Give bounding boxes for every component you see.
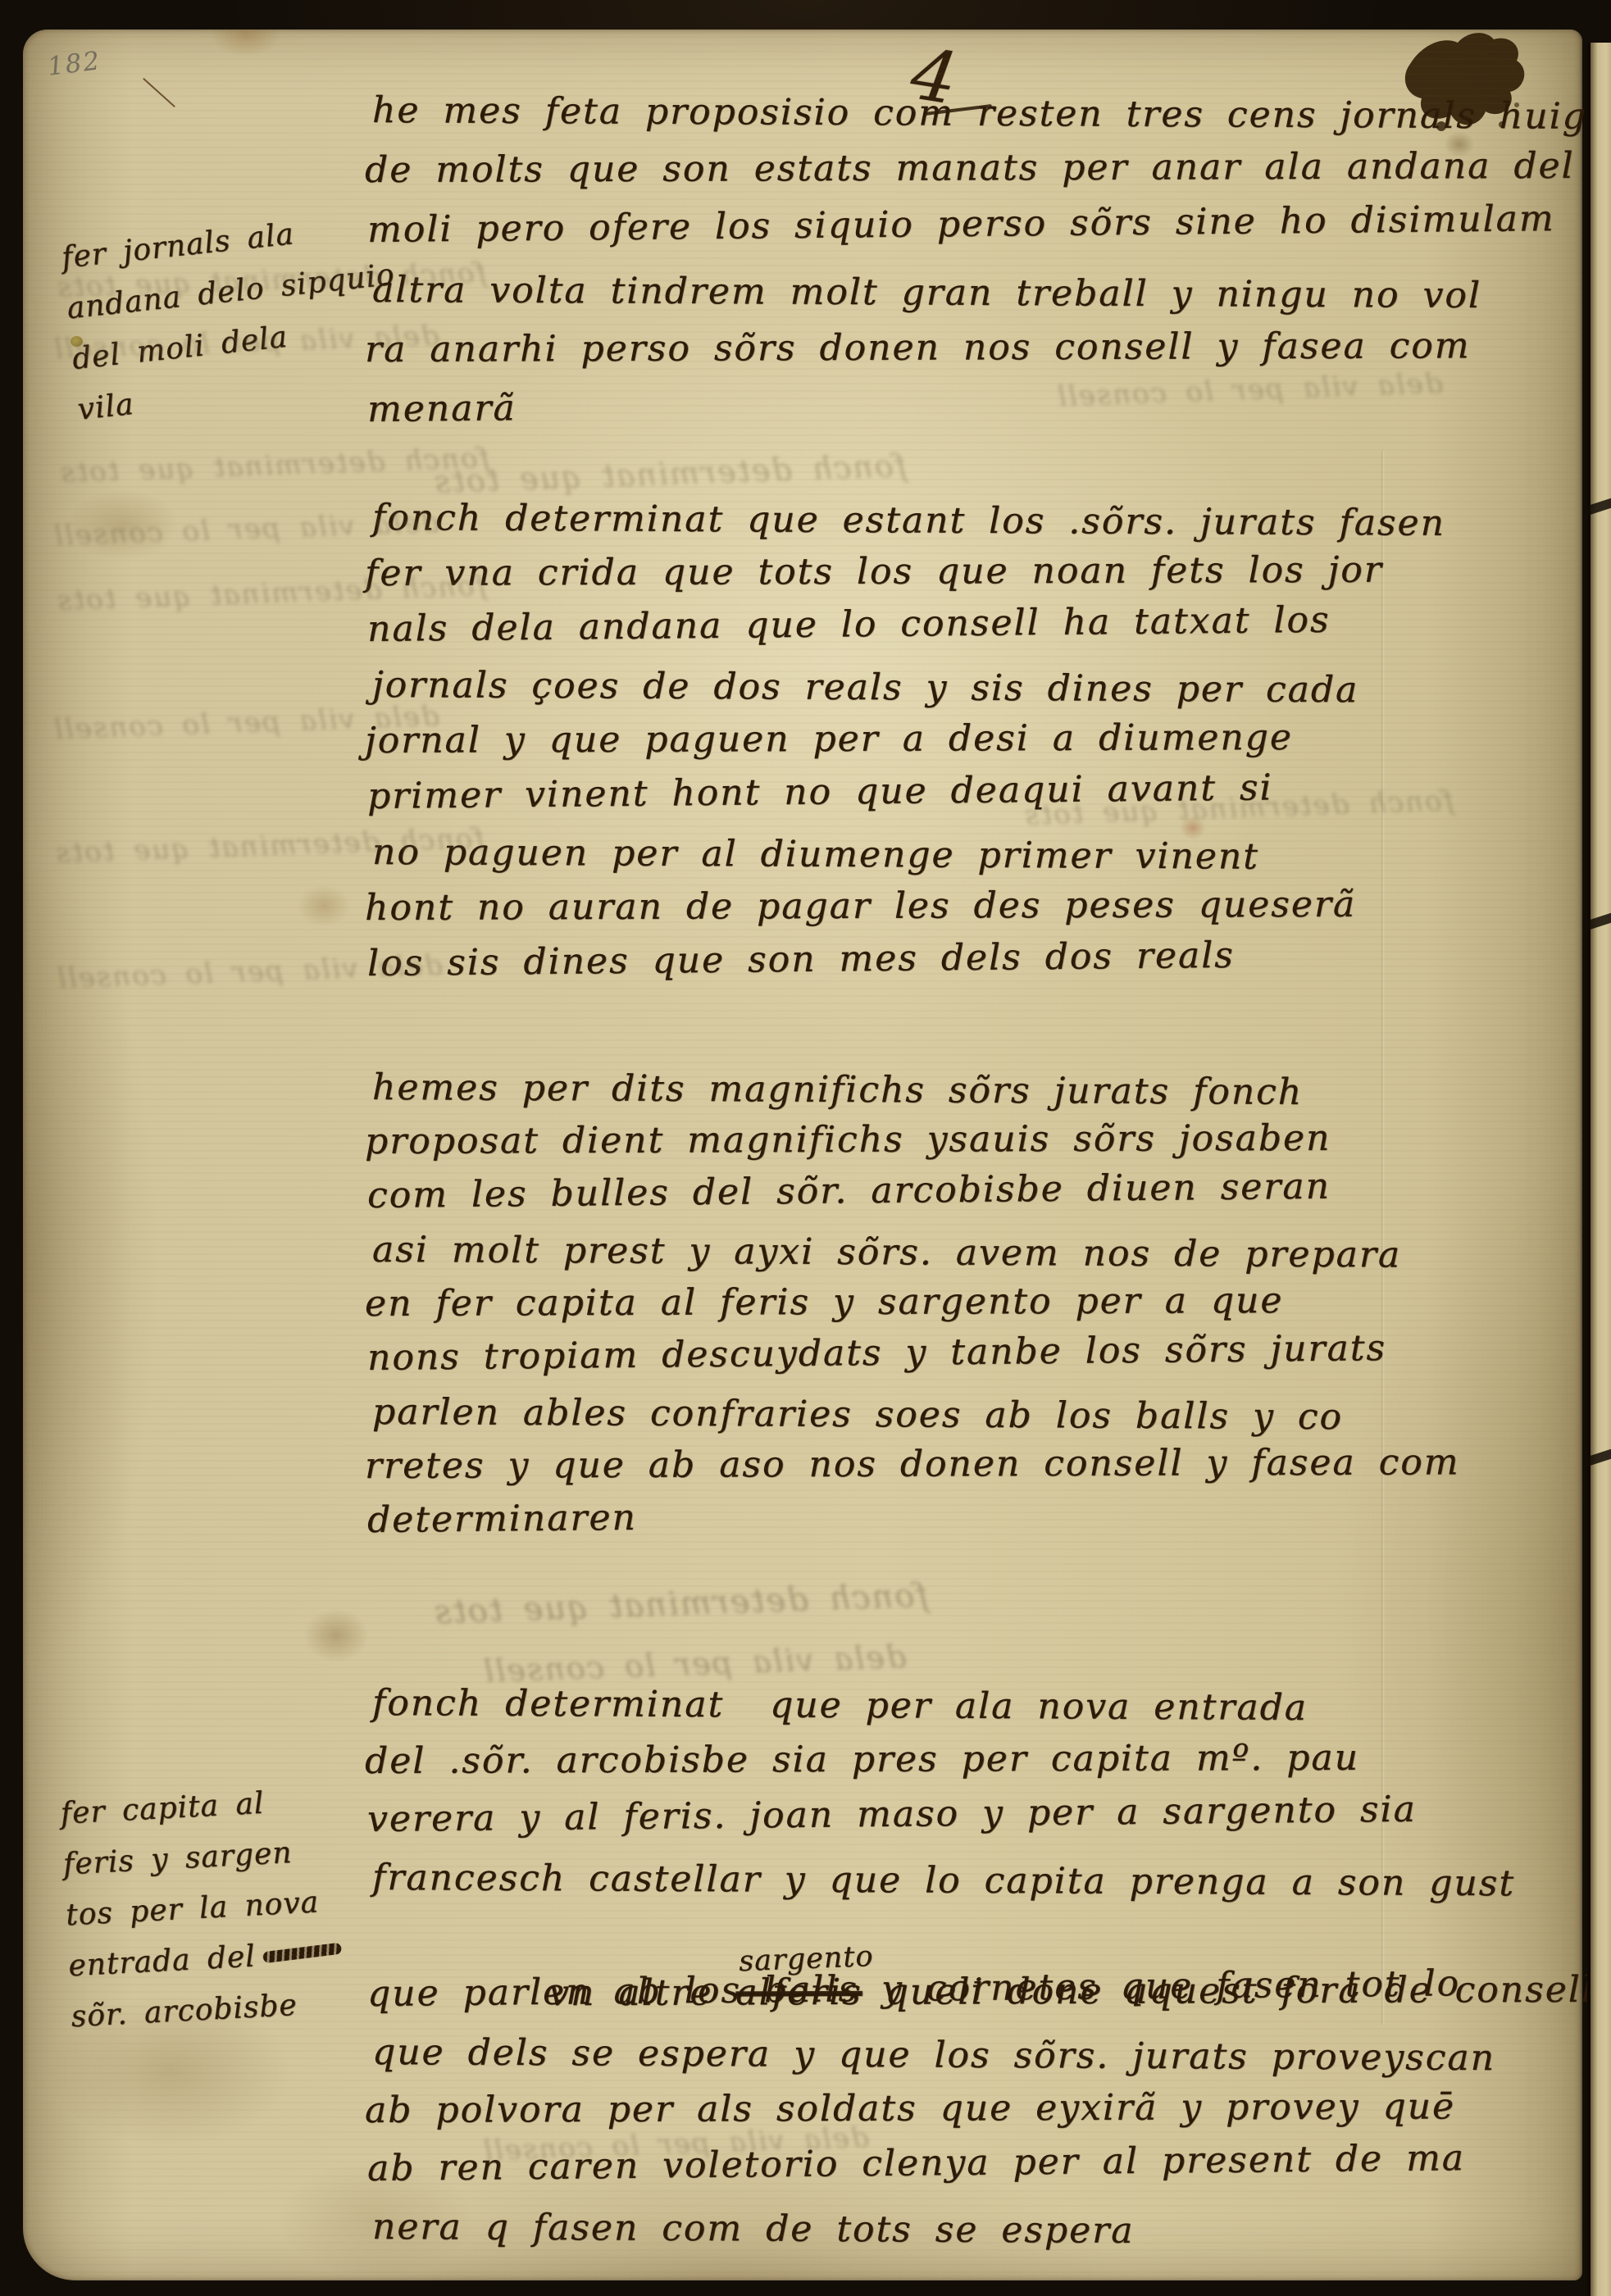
stray-pen-stroke (143, 78, 175, 107)
paragraph-proposal-arcobisbe: hemes per dits magnifichs sõrs jurats fo… (367, 1061, 1589, 1548)
scribbled-out-word (263, 1943, 343, 1964)
paragraph-resolution-crida: fonch determinat que estant los .sõrs. j… (367, 490, 1589, 992)
page-edge-seam (1587, 498, 1611, 516)
manuscript-line: nals dela andana que lo consell ha tatxa… (367, 590, 1590, 657)
margin-note-capita: fer capita al feris y sargen tos per la … (59, 1772, 400, 2044)
page-edge-seam (1587, 1448, 1611, 1466)
manuscript-line: que parlen ab los balls y cornetes que f… (367, 1953, 1590, 2023)
manuscript-scan: 182 4 fer jornals ala andana delo sipqui… (0, 0, 1611, 2296)
bleedthrough-text: fonch determinat que tots (58, 442, 489, 489)
page-edge-seam (1587, 912, 1611, 930)
manuscript-page: 182 4 fer jornals ala andana delo sipqui… (23, 30, 1582, 2280)
manuscript-line: moli pero ofere los siquio perso sõrs si… (367, 189, 1590, 260)
manuscript-line: determinaren (367, 1482, 1590, 1548)
next-page-edge (1587, 43, 1611, 2296)
manuscript-line: com les bulles del sõr. arcobisbe diuen … (367, 1157, 1590, 1223)
manuscript-line: los sis dines que son mes dels dos reals (367, 925, 1590, 992)
paragraph-resolution-capita: fonch determinat que per ala nova entrad… (367, 1674, 1589, 2256)
manuscript-line: nons tropiam descuydats y tanbe los sõrs… (367, 1320, 1590, 1385)
margin-note-andana: fer jornals ala andana delo sipquio del … (59, 200, 398, 435)
manuscript-line: verera y al feris. joan maso y per a sar… (367, 1779, 1590, 1848)
page-number-pencil: 182 (46, 46, 102, 82)
manuscript-line: nera q fasen com de tots se espera (372, 2198, 1589, 2262)
margin-note-text: entrada del (67, 1939, 256, 1983)
bleedthrough-text: fonch determinat que tots (432, 1576, 929, 1631)
